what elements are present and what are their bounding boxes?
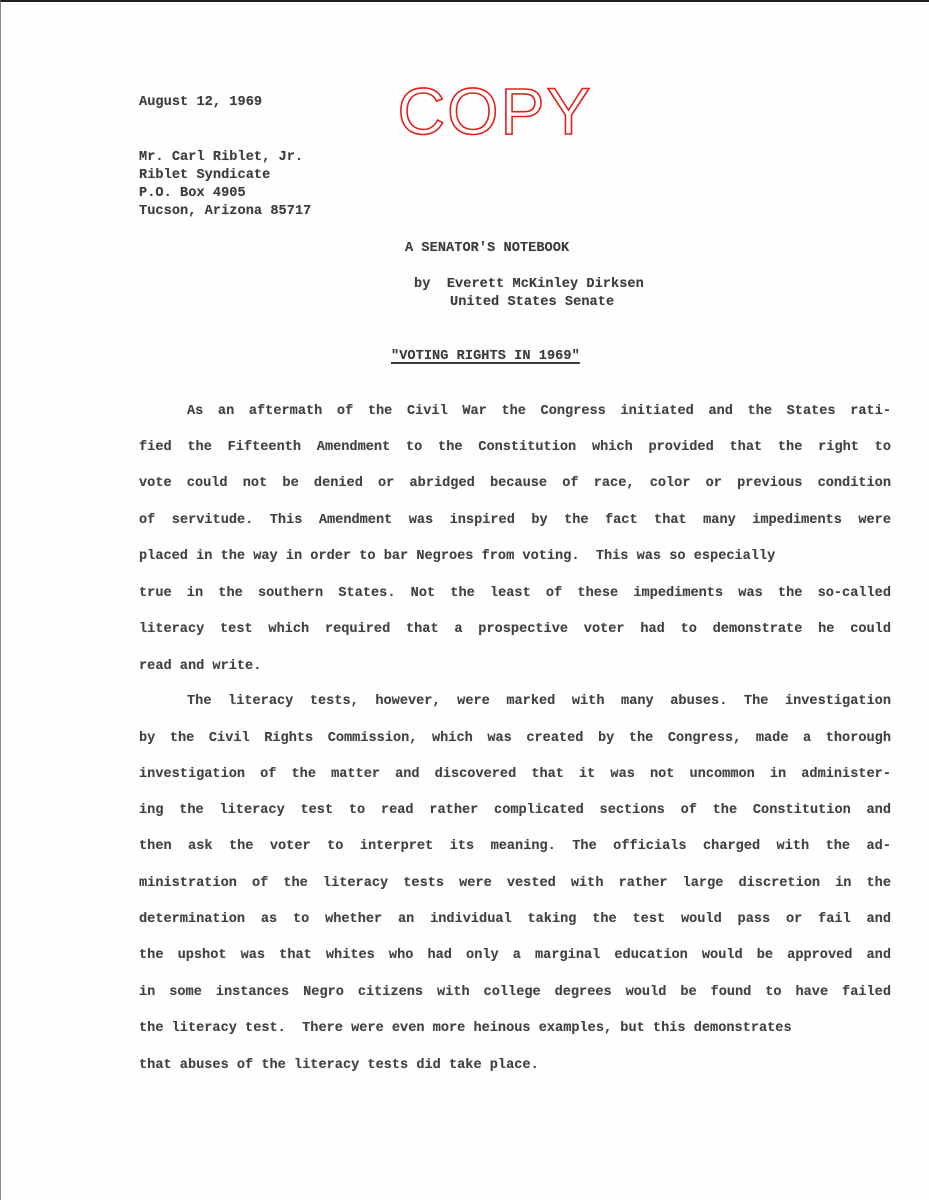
paragraph-1-line-7: literacy test which required that a pros… [139,622,891,637]
letter-page: August 12, 1969 COPY Mr. Carl Riblet, Jr… [0,0,929,1200]
paragraph-2-line-3: investigation of the matter and discover… [139,767,891,782]
paragraph-2-line-6: ministration of the literacy tests were … [139,876,891,891]
paragraph-2-line-1: The literacy tests, however, were marked… [187,694,891,709]
recipient-name: Mr. Carl Riblet, Jr. [139,150,303,165]
copy-stamp-graphic: COPY [381,82,609,140]
paragraph-2-line-7: determination as to whether an individua… [139,912,891,927]
letter-date: August 12, 1969 [139,95,262,110]
paragraph-2-line-5: then ask the voter to interpret its mean… [139,839,891,854]
paragraph-1-line-5: placed in the way in order to bar Negroe… [139,549,775,564]
column-title: A SENATOR'S NOTEBOOK [405,241,569,256]
paragraph-1-line-2: fied the Fifteenth Amendment to the Cons… [139,440,891,455]
svg-text:COPY: COPY [397,82,592,140]
paragraph-1-line-6: true in the southern States. Not the lea… [139,586,891,601]
paragraph-1-line-3: vote could not be denied or abridged bec… [139,476,891,491]
paragraph-2-line-10: the literacy test. There were even more … [139,1021,792,1036]
paragraph-1-line-8: read and write. [139,659,261,674]
recipient-company: Riblet Syndicate [139,168,270,183]
paragraph-2-line-4: ing the literacy test to read rather com… [139,803,891,818]
recipient-po-box: P.O. Box 4905 [139,186,246,201]
recipient-city-state-zip: Tucson, Arizona 85717 [139,204,311,219]
paragraph-2-line-9: in some instances Negro citizens with co… [139,985,891,1000]
paragraph-1-line-1: As an aftermath of the Civil War the Con… [187,404,891,419]
paragraph-2-line-11: that abuses of the literacy tests did ta… [139,1058,539,1073]
paragraph-2-line-2: by the Civil Rights Commission, which wa… [139,731,891,746]
article-headline: "VOTING RIGHTS IN 1969" [391,349,580,364]
paragraph-2-line-8: the upshot was that whites who had only … [139,948,891,963]
paragraph-1-line-4: of servitude. This Amendment was inspire… [139,513,891,528]
byline-affiliation: United States Senate [450,295,614,310]
copy-stamp: COPY [381,82,609,140]
byline: by Everett McKinley Dirksen [414,277,644,292]
